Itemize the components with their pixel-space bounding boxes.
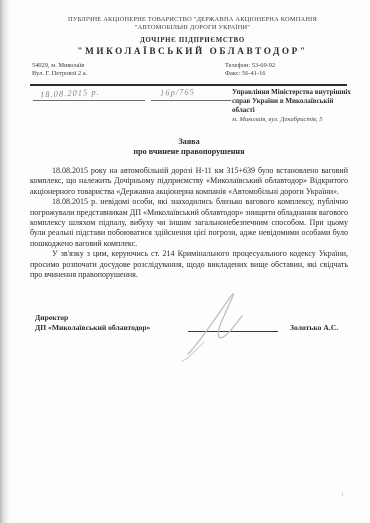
addressee-block: Управління Міністерства внутрішніх справ…: [232, 88, 366, 123]
signer-company: ДП «Миколаївський облавтодор»: [35, 323, 150, 333]
sender-address-block: 54029, м. Миколаїв Вул. Г. Петрової 2 а.: [32, 62, 87, 78]
scan-edge-shadow: [0, 0, 10, 523]
handwritten-date: 18.08.2015 р.: [40, 87, 100, 100]
document-subtitle: про вчинене правопорушення: [30, 147, 348, 157]
body-paragraph-1: 18.08.2015 року на автомобільній дорозі …: [30, 166, 348, 197]
sender-phone-block: Телефон: 53-69-92 Факс: 56-41-16: [225, 62, 275, 78]
letter-body: 18.08.2015 року на автомобільній дорозі …: [30, 166, 348, 280]
page-number: 1: [341, 491, 344, 498]
body-paragraph-3: У зв'язку з цим, керуючись ст. 214 Кримі…: [30, 249, 348, 280]
letterhead: ПУБЛІЧНЕ АКЦІОНЕРНЕ ТОВАРИСТВО "ДЕРЖАВНА…: [30, 16, 355, 56]
scanned-letter-page: ПУБЛІЧНЕ АКЦІОНЕРНЕ ТОВАРИСТВО "ДЕРЖАВНА…: [0, 0, 370, 523]
subsidiary-label: ДОЧІРНЄ ПІДПРИЄМСТВО: [30, 37, 355, 44]
document-title: Заява: [30, 137, 348, 147]
signature-stroke: [168, 290, 278, 362]
addressee-line-1: Управління Міністерства внутрішніх: [232, 88, 366, 97]
sender-street-line: Вул. Г. Петрової 2 а.: [32, 70, 87, 78]
parent-company-line-1: ПУБЛІЧНЕ АКЦІОНЕРНЕ ТОВАРИСТВО "ДЕРЖАВНА…: [30, 16, 355, 24]
ref-number-underline: [151, 100, 231, 101]
sender-fax: Факс: 56-41-16: [225, 70, 275, 78]
signer-name: Золотько А.С.: [290, 323, 338, 332]
body-paragraph-2: 18.08.2015 р. невідомі особи, які знаход…: [30, 197, 348, 249]
date-underline: [33, 100, 145, 101]
signer-position-block: Директор ДП «Миколаївський облавтодор»: [35, 313, 150, 333]
sender-phone: Телефон: 53-69-92: [225, 62, 275, 70]
parent-company-line-2: "АВТОМОБІЛЬНІ ДОРОГИ УКРАЇНИ": [30, 24, 355, 32]
sender-postal-line: 54029, м. Миколаїв: [32, 62, 87, 70]
addressee-line-3: області: [232, 106, 366, 115]
addressee-line-2: справ України в Миколаївській: [232, 97, 366, 106]
addressee-address: м. Миколаїв, вул. Декабристів, 5: [232, 116, 366, 123]
handwritten-ref-number: 16р/765: [160, 86, 195, 97]
signer-position: Директор: [35, 313, 150, 323]
subsidiary-name: "МИКОЛАЇВСЬКИЙ ОБЛАВТОДОР": [30, 46, 355, 56]
document-title-block: Заява про вчинене правопорушення: [30, 137, 348, 157]
